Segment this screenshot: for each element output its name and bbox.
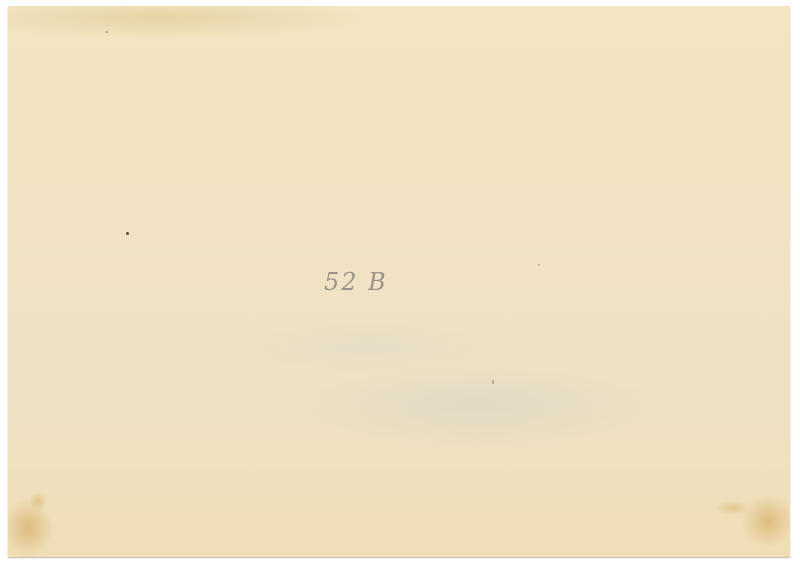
paper-speck <box>538 264 540 266</box>
paper-sheet: 52 B <box>8 6 790 557</box>
paper-speck <box>106 31 108 33</box>
handwritten-note: 52 B <box>324 268 388 296</box>
paper-speck <box>492 380 494 384</box>
paper-speck <box>126 232 129 235</box>
